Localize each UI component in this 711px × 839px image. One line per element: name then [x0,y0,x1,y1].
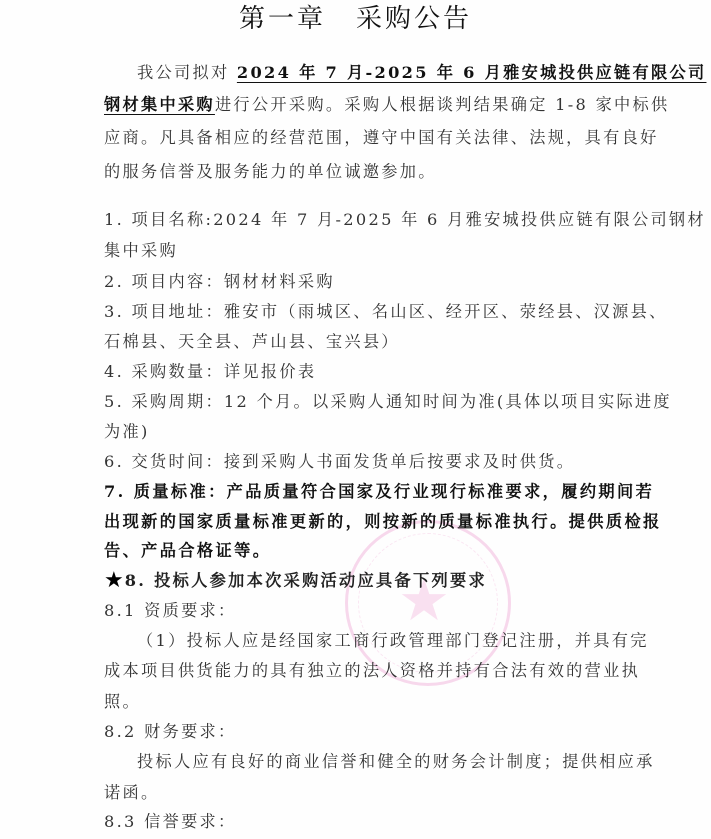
document-page: ★ 第一章采购公告 我公司拟对 2024 年 7 月-2025 年 6 月雅安城… [0,0,711,839]
item-1-project-name: 1. 项目名称:2024 年 7 月-2025 年 6 月雅安城投供应链有限公司… [104,209,604,231]
intro-prefix: 我公司拟对 [137,63,237,82]
req-8-1-line-3: 照。 [104,691,604,713]
req-8-2-heading: 8.2 财务要求： [104,721,604,743]
item-6-delivery: 6. 交货时间：接到采购人书面发货单后按要求及时供货。 [104,451,604,473]
item-7-quality: 7. 质量标准：产品质量符合国家及行业现行标准要求，履约期间若 [104,481,604,503]
item-3-project-address: 3. 项目地址：雅安市（雨城区、名山区、经开区、荥经县、汉源县、 [104,301,604,323]
item-3-project-address-cont: 石棉县、天全县、芦山县、宝兴县） [104,331,604,353]
item-5-period: 5. 采购周期：12 个月。以采购人通知时间为准(具体以项目实际进度 [104,391,604,413]
chapter-name: 采购公告 [356,4,472,34]
project-name-underlined: 2024 年 7 月-2025 年 6 月雅安城投供应链有限公司 [237,63,707,82]
item-8-text: 8. 投标人参加本次采购活动应具备下列要求 [125,571,487,590]
item-4-quantity: 4. 采购数量：详见报价表 [104,361,604,383]
req-8-1-line-1: （1）投标人应是经国家工商行政管理部门登记注册，并具有完 [137,630,637,652]
star-icon: ★ [104,568,124,593]
item-1-project-name-cont: 集中采购 [104,240,604,262]
chapter-title: 第一章采购公告 [0,2,711,36]
req-8-1-heading: 8.1 资质要求： [104,600,604,622]
item-7-quality-cont-1: 出现新的国家质量标准更新的，则按新的质量标准执行。提供质检报 [104,511,604,533]
item-8-requirements: ★8. 投标人参加本次采购活动应具备下列要求 [104,569,604,592]
req-8-1-line-2: 成本项目供货能力的具有独立的法人资格并持有合法有效的营业执 [104,660,604,682]
project-name-underlined-cont: 钢材集中采购 [104,95,215,114]
intro-line-2: 钢材集中采购进行公开采购。采购人根据谈判结果确定 1-8 家中标供 [104,94,604,116]
item-5-period-cont: 为准) [104,421,604,443]
intro-line-1: 我公司拟对 2024 年 7 月-2025 年 6 月雅安城投供应链有限公司 [137,62,637,84]
req-8-3-heading: 8.3 信誉要求： [104,811,604,833]
intro-text: 进行公开采购。采购人根据谈判结果确定 1-8 家中标供 [215,95,670,114]
req-8-2-line-1: 投标人应有良好的商业信誉和健全的财务会计制度；提供相应承 [137,751,637,773]
intro-line-3: 应商。凡具备相应的经营范围，遵守中国有关法律、法规，具有良好 [104,127,604,149]
item-2-project-content: 2. 项目内容：钢材材料采购 [104,271,604,293]
intro-line-4: 的服务信誉及服务能力的单位诚邀参加。 [104,161,604,183]
req-8-2-line-2: 诺函。 [104,782,604,804]
item-7-quality-cont-2: 告、产品合格证等。 [104,540,604,562]
chapter-number: 第一章 [239,4,326,34]
